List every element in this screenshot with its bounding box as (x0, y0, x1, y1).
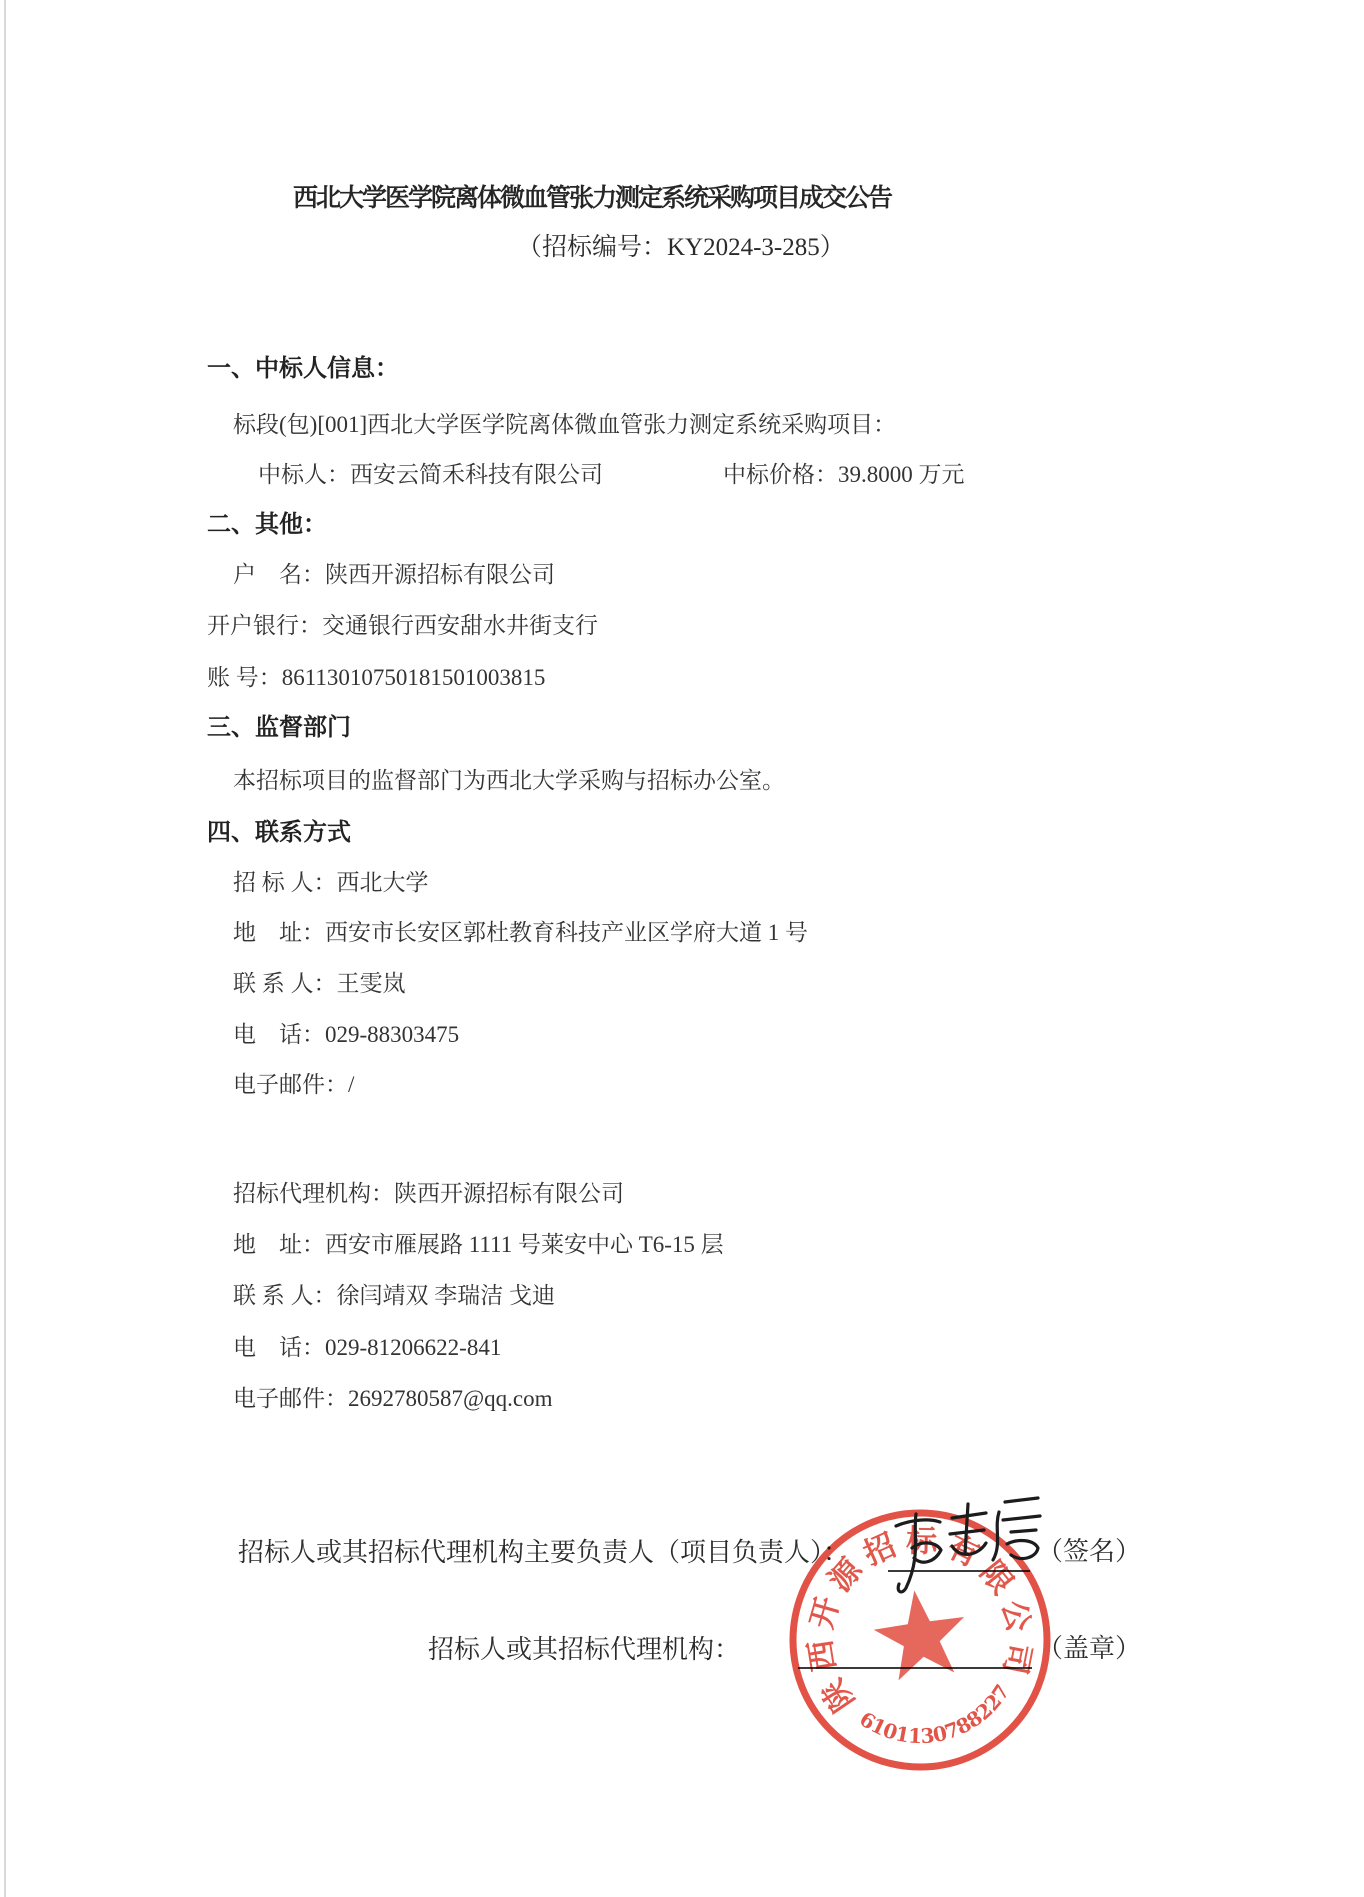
agency-phone-label: 电 话： (233, 1335, 325, 1360)
agency-email-line: 电子邮件：2692780587@qq.com (233, 1384, 553, 1414)
tenderer-name-line: 招 标 人：西北大学 (233, 868, 429, 898)
account-name-label: 户 名： (233, 562, 325, 587)
page-subtitle: （招标编号：KY2024-3-285） (517, 233, 845, 263)
section4-heading: 四、联系方式 (207, 818, 351, 848)
tenderer-address-value: 西安市长安区郭杜教育科技产业区学府大道 1 号 (325, 920, 808, 945)
handwritten-signature (886, 1494, 1056, 1602)
agency-phone-value: 029-81206622-841 (325, 1335, 501, 1360)
account-name-line: 户 名：陕西开源招标有限公司 (233, 560, 555, 590)
tenderer-email-value: / (348, 1072, 354, 1097)
agency-name-value: 陕西开源招标有限公司 (394, 1181, 624, 1206)
tenderer-contact-label: 联 系 人： (233, 971, 337, 996)
section3-heading: 三、监督部门 (207, 713, 351, 743)
agency-address-value: 西安市雁展路 1111 号莱安中心 T6-15 层 (325, 1232, 724, 1257)
tenderer-phone-line: 电 话：029-88303475 (233, 1020, 459, 1050)
stamp-number-text: 6101130788227 (855, 1680, 1014, 1748)
account-name-value: 陕西开源招标有限公司 (325, 562, 555, 587)
page-title: 西北大学医学院离体微血管张力测定系统采购项目成交公告 (293, 184, 891, 214)
svg-text:陕: 陕 (815, 1673, 861, 1718)
bank-value: 交通银行西安甜水井街支行 (322, 613, 598, 638)
bank-line: 开户银行：交通银行西安甜水井街支行 (207, 611, 598, 641)
tenderer-phone-label: 电 话： (233, 1022, 325, 1047)
bank-label: 开户银行： (207, 613, 322, 638)
tenderer-name-label: 招 标 人： (233, 870, 337, 895)
scan-edge-artifact (4, 0, 6, 1897)
account-number-line: 账 号：86113010750181501003815 (207, 663, 545, 693)
price-label: 中标价格： (723, 462, 838, 487)
account-number-label: 账 号： (207, 665, 282, 690)
lot-line: 标段(包)[001]西北大学医学院离体微血管张力测定系统采购项目： (233, 410, 896, 440)
section1-heading: 一、中标人信息： (207, 354, 399, 384)
svg-text:公: 公 (995, 1597, 1036, 1636)
account-number-value: 86113010750181501003815 (282, 665, 546, 690)
tenderer-contact-line: 联 系 人：王雯岚 (233, 969, 406, 999)
tenderer-name-value: 西北大学 (337, 870, 429, 895)
tenderer-email-line: 电子邮件：/ (233, 1070, 354, 1100)
tenderer-address-label: 地 址： (233, 920, 325, 945)
price-value: 39.8000 万元 (838, 462, 965, 487)
agency-email-label: 电子邮件： (233, 1386, 348, 1411)
agency-name-label: 招标代理机构： (233, 1181, 394, 1206)
agency-address-label: 地 址： (233, 1232, 325, 1257)
price-line: 中标价格：39.8000 万元 (723, 460, 965, 490)
tenderer-phone-value: 029-88303475 (325, 1022, 459, 1047)
svg-text:开: 开 (804, 1593, 846, 1632)
tenderer-address-line: 地 址：西安市长安区郭杜教育科技产业区学府大道 1 号 (233, 918, 808, 948)
winner-label: 中标人： (258, 462, 350, 487)
winner-line: 中标人：西安云简禾科技有限公司 (258, 460, 603, 490)
stamp-star-icon (874, 1591, 964, 1681)
section2-heading: 二、其他： (207, 510, 327, 540)
agency-contact-label: 联 系 人： (233, 1283, 337, 1308)
svg-text:源: 源 (822, 1551, 869, 1598)
svg-text:司: 司 (997, 1640, 1037, 1677)
agency-contact-value: 徐闫靖双 李瑞洁 戈迪 (337, 1283, 556, 1308)
signoff-line2-label: 招标人或其招标代理机构： (428, 1635, 740, 1665)
svg-text:西: 西 (802, 1637, 841, 1673)
agency-email-value: 2692780587@qq.com (348, 1386, 553, 1411)
agency-address-line: 地 址：西安市雁展路 1111 号莱安中心 T6-15 层 (233, 1230, 724, 1260)
agency-contact-line: 联 系 人：徐闫靖双 李瑞洁 戈迪 (233, 1281, 555, 1311)
document-page: 西北大学医学院离体微血管张力测定系统采购项目成交公告 （招标编号：KY2024-… (0, 0, 1364, 1897)
supervision-line: 本招标项目的监督部门为西北大学采购与招标办公室。 (233, 766, 785, 796)
agency-name-line: 招标代理机构：陕西开源招标有限公司 (233, 1179, 624, 1209)
tenderer-contact-value: 王雯岚 (337, 971, 406, 996)
tenderer-email-label: 电子邮件： (233, 1072, 348, 1097)
winner-value: 西安云简禾科技有限公司 (350, 462, 603, 487)
agency-phone-line: 电 话：029-81206622-841 (233, 1333, 501, 1363)
